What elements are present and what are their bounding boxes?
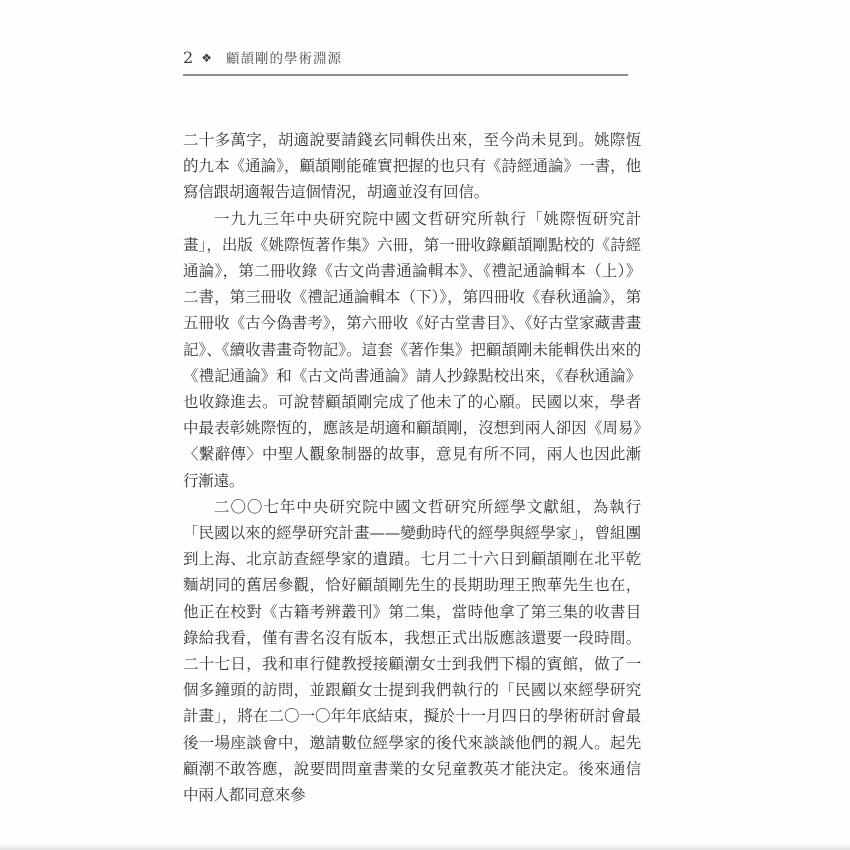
page-number: 2 bbox=[183, 48, 193, 67]
body-text: 二十多萬字，胡適說要請錢玄同輯佚出來，至今尚未見到。姚際恆的九本《通論》，顧頡剛… bbox=[183, 127, 641, 808]
paragraph: 一九九三年中央研究院中國文哲研究所執行「姚際恆研究計畫」，出版《姚際恆著作集》六… bbox=[183, 206, 641, 494]
scan-edge-shadow bbox=[0, 843, 850, 850]
page-header: 2 ❖ 顧頡剛的學術淵源 bbox=[183, 47, 628, 76]
running-title: 顧頡剛的學術淵源 bbox=[226, 47, 342, 67]
book-page: 2 ❖ 顧頡剛的學術淵源 二十多萬字，胡適說要請錢玄同輯佚出來，至今尚未見到。姚… bbox=[0, 0, 850, 850]
paragraph-continuation: 二十多萬字，胡適說要請錢玄同輯佚出來，至今尚未見到。姚際恆的九本《通論》，顧頡剛… bbox=[183, 127, 641, 206]
diamond-ornament-icon: ❖ bbox=[201, 51, 212, 65]
paragraph: 二〇〇七年中央研究院中國文哲研究所經學文獻組，為執行「民國以來的經學研究計畫——… bbox=[183, 494, 641, 808]
